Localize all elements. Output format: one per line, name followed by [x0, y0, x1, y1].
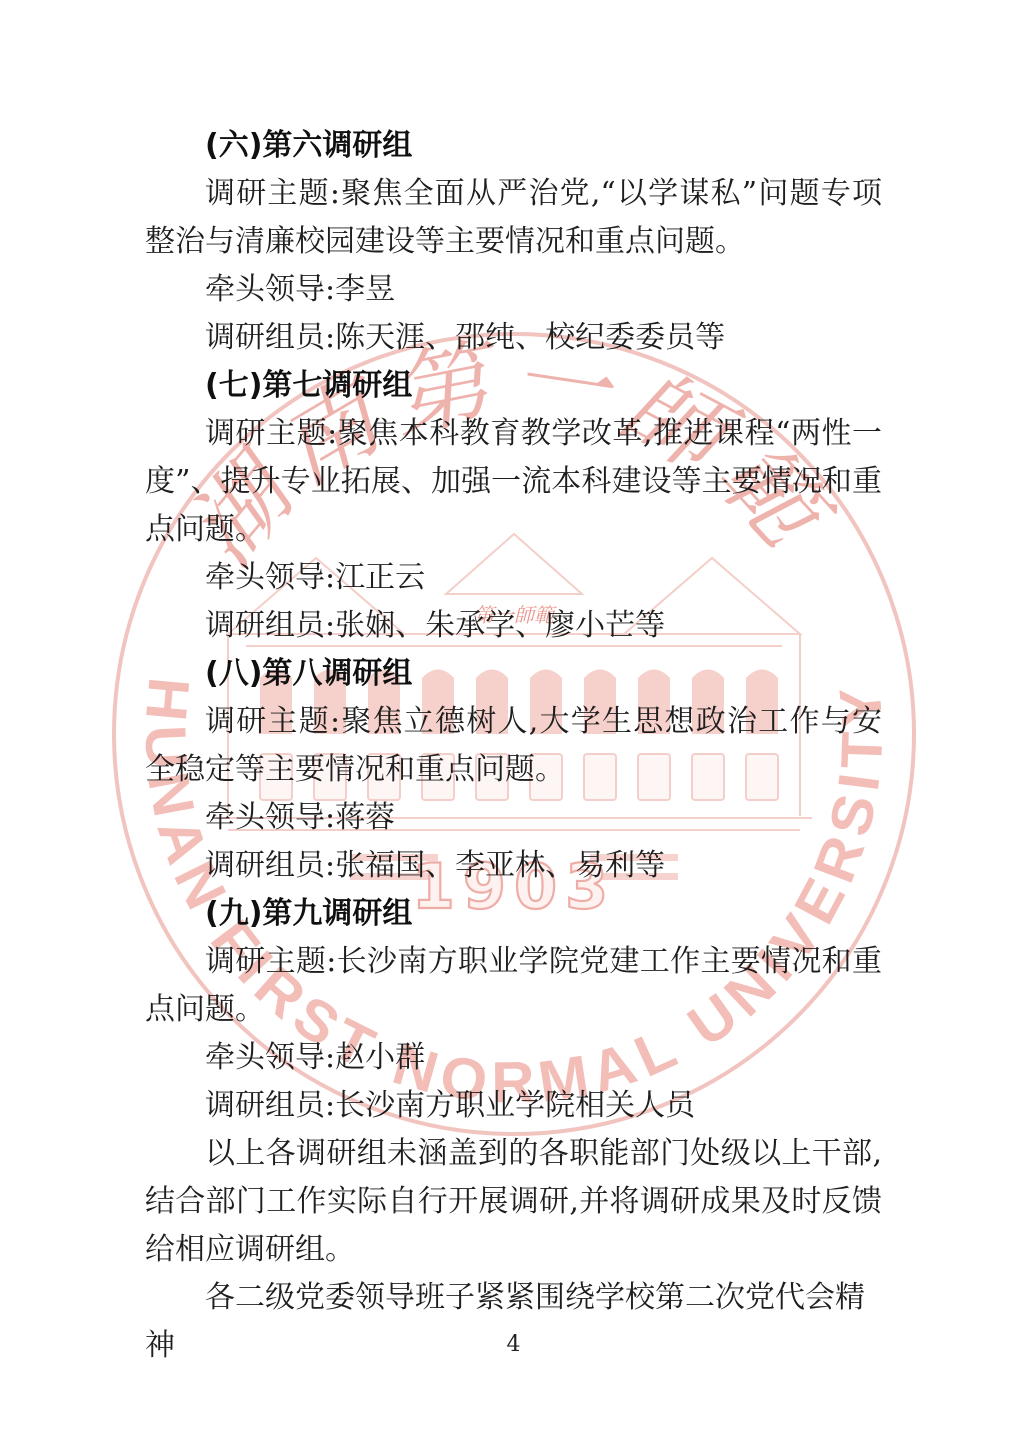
section-leader: 牵头领导:李昱: [145, 266, 882, 314]
section-leader: 牵头领导:蒋蓉: [145, 794, 882, 842]
page-number: 4: [145, 1332, 882, 1357]
section-members: 调研组员:张娴、朱承学、廖小芒等: [145, 602, 882, 650]
research-group-section-8: (八)第八调研组 调研主题:聚焦立德树人,大学生思想政治工作与安全稳定等主要情况…: [145, 650, 882, 890]
section-topic: 调研主题:聚焦全面从严治党,“以学谋私”问题专项整治与清廉校园建设等主要情况和重…: [145, 170, 882, 266]
section-heading: (七)第七调研组: [145, 362, 882, 410]
section-members: 调研组员:长沙南方职业学院相关人员: [145, 1082, 882, 1130]
section-members: 调研组员:陈天涯、邵纯、校纪委委员等: [145, 314, 882, 362]
section-leader: 牵头领导:赵小群: [145, 1034, 882, 1082]
section-heading: (六)第六调研组: [145, 122, 882, 170]
section-topic: 调研主题:长沙南方职业学院党建工作主要情况和重点问题。: [145, 938, 882, 1034]
section-topic: 调研主题:聚焦本科教育教学改革,推进课程“两性一度”、提升专业拓展、加强一流本科…: [145, 410, 882, 554]
closing-paragraph: 以上各调研组未涵盖到的各职能部门处级以上干部,结合部门工作实际自行开展调研,并将…: [145, 1130, 882, 1274]
section-leader: 牵头领导:江正云: [145, 554, 882, 602]
section-heading: (九)第九调研组: [145, 890, 882, 938]
research-group-section-7: (七)第七调研组 调研主题:聚焦本科教育教学改革,推进课程“两性一度”、提升专业…: [145, 362, 882, 650]
research-group-section-9: (九)第九调研组 调研主题:长沙南方职业学院党建工作主要情况和重点问题。 牵头领…: [145, 890, 882, 1130]
section-heading: (八)第八调研组: [145, 650, 882, 698]
section-members: 调研组员:张福国、李亚林、易利等: [145, 842, 882, 890]
section-topic: 调研主题:聚焦立德树人,大学生思想政治工作与安全稳定等主要情况和重点问题。: [145, 698, 882, 794]
research-group-section-6: (六)第六调研组 调研主题:聚焦全面从严治党,“以学谋私”问题专项整治与清廉校园…: [145, 122, 882, 362]
document-body: (六)第六调研组 调研主题:聚焦全面从严治党,“以学谋私”问题专项整治与清廉校园…: [145, 122, 882, 1370]
